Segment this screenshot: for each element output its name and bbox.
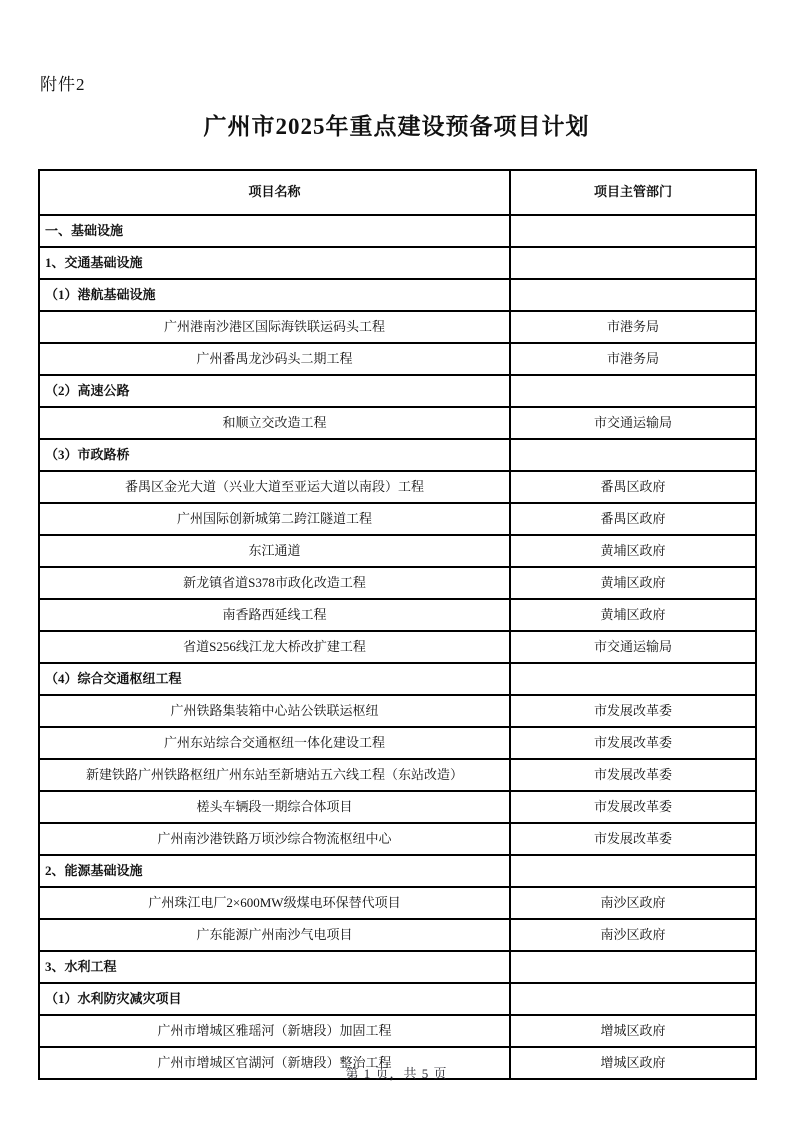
column-header-project-name: 项目名称	[39, 170, 510, 215]
department-cell: 黄埔区政府	[510, 567, 756, 599]
project-name-cell: 广州珠江电厂2×600MW级煤电环保替代项目	[39, 887, 510, 919]
project-name-cell: 新龙镇省道S378市政化改造工程	[39, 567, 510, 599]
table-row: （1）港航基础设施	[39, 279, 756, 311]
project-name-cell: 广州国际创新城第二跨江隧道工程	[39, 503, 510, 535]
department-cell: 南沙区政府	[510, 919, 756, 951]
table-row: 番禺区金光大道（兴业大道至亚运大道以南段）工程番禺区政府	[39, 471, 756, 503]
department-cell: 市发展改革委	[510, 727, 756, 759]
project-name-cell: 3、水利工程	[39, 951, 510, 983]
table-body: 一、基础设施1、交通基础设施（1）港航基础设施广州港南沙港区国际海铁联运码头工程…	[39, 215, 756, 1079]
table-row: 槎头车辆段一期综合体项目市发展改革委	[39, 791, 756, 823]
table-row: 广州东站综合交通枢纽一体化建设工程市发展改革委	[39, 727, 756, 759]
department-cell	[510, 983, 756, 1015]
project-name-cell: 广州南沙港铁路万顷沙综合物流枢纽中心	[39, 823, 510, 855]
table-row: 广州番禺龙沙码头二期工程市港务局	[39, 343, 756, 375]
project-name-cell: 番禺区金光大道（兴业大道至亚运大道以南段）工程	[39, 471, 510, 503]
project-name-cell: （3）市政路桥	[39, 439, 510, 471]
table-row: 省道S256线江龙大桥改扩建工程市交通运输局	[39, 631, 756, 663]
table-row: 一、基础设施	[39, 215, 756, 247]
column-header-department: 项目主管部门	[510, 170, 756, 215]
department-cell: 市港务局	[510, 343, 756, 375]
department-cell: 市发展改革委	[510, 791, 756, 823]
department-cell: 市发展改革委	[510, 695, 756, 727]
document-page: { "page": { "attachment_label": "附件2", "…	[0, 0, 793, 1123]
department-cell: 市交通运输局	[510, 407, 756, 439]
project-name-cell: 广州铁路集装箱中心站公铁联运枢纽	[39, 695, 510, 727]
table-row: 2、能源基础设施	[39, 855, 756, 887]
department-cell: 黄埔区政府	[510, 535, 756, 567]
table-row: 广州铁路集装箱中心站公铁联运枢纽市发展改革委	[39, 695, 756, 727]
department-cell: 番禺区政府	[510, 471, 756, 503]
table-row: 和顺立交改造工程市交通运输局	[39, 407, 756, 439]
table-row: 新建铁路广州铁路枢纽广州东站至新塘站五六线工程（东站改造）市发展改革委	[39, 759, 756, 791]
page-number-footer: 第 1 页，共 5 页	[0, 1063, 793, 1082]
project-name-cell: 东江通道	[39, 535, 510, 567]
project-name-cell: 1、交通基础设施	[39, 247, 510, 279]
department-cell	[510, 663, 756, 695]
project-name-cell: （1）水利防灾减灾项目	[39, 983, 510, 1015]
department-cell	[510, 951, 756, 983]
table-row: 广东能源广州南沙气电项目南沙区政府	[39, 919, 756, 951]
table-row: 3、水利工程	[39, 951, 756, 983]
table-row: （3）市政路桥	[39, 439, 756, 471]
page-title: 广州市2025年重点建设预备项目计划	[0, 108, 793, 141]
table-row: 广州南沙港铁路万顷沙综合物流枢纽中心市发展改革委	[39, 823, 756, 855]
table-row: 广州市增城区雅瑶河（新塘段）加固工程增城区政府	[39, 1015, 756, 1047]
project-name-cell: 南香路西延线工程	[39, 599, 510, 631]
table-row: （1）水利防灾减灾项目	[39, 983, 756, 1015]
table-row: 东江通道黄埔区政府	[39, 535, 756, 567]
table-row: 广州国际创新城第二跨江隧道工程番禺区政府	[39, 503, 756, 535]
table-row: （4）综合交通枢纽工程	[39, 663, 756, 695]
department-cell	[510, 855, 756, 887]
attachment-label: 附件2	[40, 70, 86, 95]
project-name-cell: 广东能源广州南沙气电项目	[39, 919, 510, 951]
department-cell: 番禺区政府	[510, 503, 756, 535]
department-cell: 市交通运输局	[510, 631, 756, 663]
project-name-cell: 2、能源基础设施	[39, 855, 510, 887]
department-cell: 市发展改革委	[510, 759, 756, 791]
table-row: 南香路西延线工程黄埔区政府	[39, 599, 756, 631]
project-name-cell: 槎头车辆段一期综合体项目	[39, 791, 510, 823]
department-cell	[510, 279, 756, 311]
department-cell	[510, 439, 756, 471]
department-cell: 南沙区政府	[510, 887, 756, 919]
project-name-cell: （4）综合交通枢纽工程	[39, 663, 510, 695]
table-row: 新龙镇省道S378市政化改造工程黄埔区政府	[39, 567, 756, 599]
projects-table: 项目名称 项目主管部门 一、基础设施1、交通基础设施（1）港航基础设施广州港南沙…	[38, 169, 757, 1080]
project-name-cell: 广州东站综合交通枢纽一体化建设工程	[39, 727, 510, 759]
department-cell	[510, 375, 756, 407]
department-cell: 黄埔区政府	[510, 599, 756, 631]
table-header-row: 项目名称 项目主管部门	[39, 170, 756, 215]
project-name-cell: 和顺立交改造工程	[39, 407, 510, 439]
table-row: （2）高速公路	[39, 375, 756, 407]
department-cell	[510, 247, 756, 279]
project-name-cell: 广州市增城区雅瑶河（新塘段）加固工程	[39, 1015, 510, 1047]
project-name-cell: 省道S256线江龙大桥改扩建工程	[39, 631, 510, 663]
project-name-cell: 一、基础设施	[39, 215, 510, 247]
project-name-cell: 广州港南沙港区国际海铁联运码头工程	[39, 311, 510, 343]
project-name-cell: 新建铁路广州铁路枢纽广州东站至新塘站五六线工程（东站改造）	[39, 759, 510, 791]
department-cell: 市发展改革委	[510, 823, 756, 855]
department-cell: 增城区政府	[510, 1015, 756, 1047]
project-name-cell: （2）高速公路	[39, 375, 510, 407]
table-row: 广州珠江电厂2×600MW级煤电环保替代项目南沙区政府	[39, 887, 756, 919]
department-cell: 市港务局	[510, 311, 756, 343]
table-row: 广州港南沙港区国际海铁联运码头工程市港务局	[39, 311, 756, 343]
project-name-cell: （1）港航基础设施	[39, 279, 510, 311]
project-name-cell: 广州番禺龙沙码头二期工程	[39, 343, 510, 375]
table-row: 1、交通基础设施	[39, 247, 756, 279]
department-cell	[510, 215, 756, 247]
